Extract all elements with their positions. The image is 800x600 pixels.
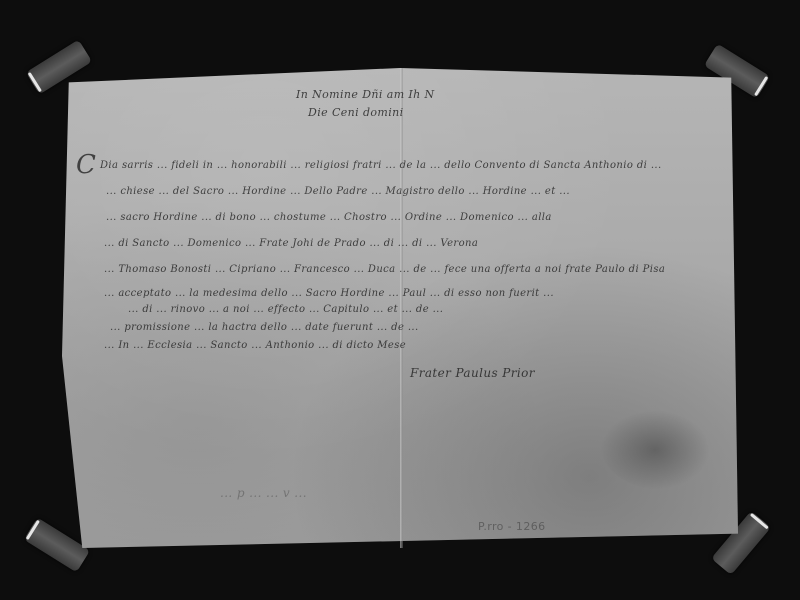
body-line-5: ... Thomaso Bonosti ... Cipriano ... Fra… xyxy=(104,264,665,275)
faint-lower-text: ... p ... ... v ... xyxy=(220,486,307,500)
body-line-8: ... promissione ... la hactra dello ... … xyxy=(110,322,419,333)
decorated-initial: C xyxy=(76,150,96,180)
archival-note: P.rro - 1266 xyxy=(478,520,546,533)
body-line-2: ... chiese ... del Sacro ... Hordine ...… xyxy=(106,186,570,197)
body-line-7: ... di ... rinovo ... a noi ... effecto … xyxy=(128,304,443,315)
invocation-line-2: Die Ceni domini xyxy=(308,106,404,119)
body-line-1: Dia sarris ... fideli in ... honorabili … xyxy=(100,160,662,171)
body-line-6: ... acceptato ... la medesima dello ... … xyxy=(104,288,554,299)
body-line-9: ... In ... Ecclesia ... Sancto ... Antho… xyxy=(104,340,406,351)
body-line-3: ... sacro Hordine ... di bono ... chostu… xyxy=(106,212,552,223)
body-line-4: ... di Sancto ... Domenico ... Frate Joh… xyxy=(104,238,478,249)
invocation-line-1: In Nomine Dñi am Ih N xyxy=(296,88,435,101)
signature: Frater Paulus Prior xyxy=(410,366,535,380)
